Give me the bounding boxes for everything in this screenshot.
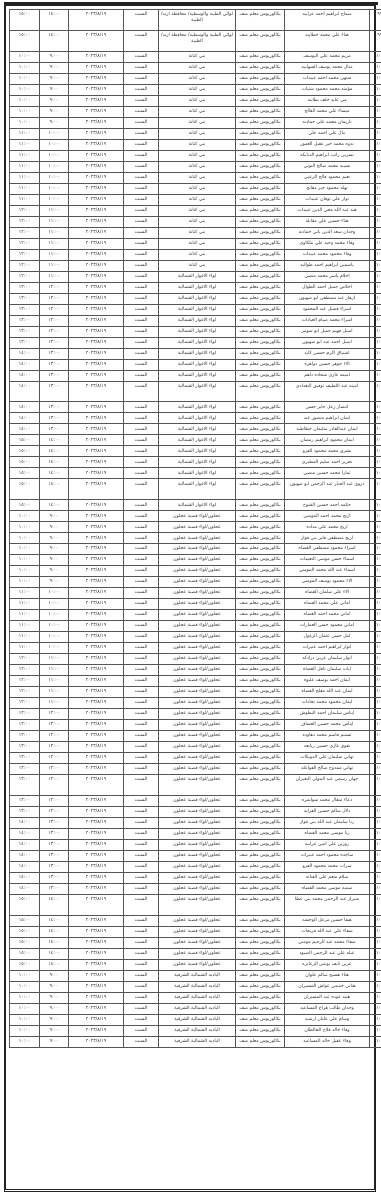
row-number-cell: ١٠٠٩ [370,150,381,161]
row-number-cell: ١٠٢٤ [370,315,381,326]
date-cell: ٢٠٢٣/٨/١٩ [69,555,124,566]
time-to-cell: ١٢:٠٠ [10,654,40,665]
date-cell: ٢٠٢٣/٨/١٩ [69,457,124,468]
specialization-cell: بكالوريوس معلم صف [236,205,285,216]
time-from-cell: ١٣:٠٠ [40,413,69,424]
region-cell: لواء الاغوار الشمالية [159,446,236,457]
region-cell: عجلون/لواء قصبة عجلون [159,720,236,731]
row-number-cell: ١٠٦٩ [370,839,381,850]
date-cell: ٢٠٢٣/٨/١٩ [69,643,124,654]
specialization-cell: بكالوريوس معلم صف [236,446,285,457]
time-to-cell: ١٠:٠٠ [10,1025,40,1036]
time-from-cell: ١٢:٠٠ [40,763,69,774]
day-cell: السبت [124,992,159,1003]
region-cell: عجلون/لواء قصبة عجلون [159,632,236,643]
row-number-cell: ١٠١٢ [370,183,381,194]
day-cell: السبت [124,588,159,599]
date-cell: ٢٠٢٣/٨/١٩ [69,293,124,304]
date-cell: ٢٠٢٣/٨/١٩ [69,304,124,315]
region-cell: لواء الاغوار الشمالية [159,304,236,315]
time-from-cell: ١١:٠٠ [40,654,69,665]
time-to-cell: ١٥:٠٠ [10,926,40,937]
specialization-cell: بكالوريوس معلم صف [236,359,285,370]
day-cell: السبت [124,915,159,926]
time-from-cell: ١٢:٠٠ [40,326,69,337]
table-row: ١٠١٩ياسمين ابراهيم احمد طوالبهبكالوريوس … [10,260,381,271]
row-number-cell: ١٠١١ [370,172,381,183]
time-to-cell: ١٤:٠٠ [10,370,40,381]
day-cell: السبت [124,139,159,150]
specialization-cell: بكالوريوس معلم صف [236,533,285,544]
day-cell: السبت [124,566,159,577]
specialization-cell: بكالوريوس معلم صف [236,795,285,806]
specialization-cell: بكالوريوس معلم صف [236,370,285,381]
time-from-cell: ١١:٠٠ [40,687,69,698]
table-row: ١٠٠٣مؤمنه محمد محمود شتياتبكالوريوس معلم… [10,84,381,95]
date-cell: ٢٠٢٣/٨/١٩ [69,850,124,861]
row-number-cell: ٩٩٩ [370,30,381,51]
time-to-cell: ١٢:٠٠ [10,665,40,676]
time-from-cell: ١٢:٠٠ [40,774,69,795]
row-number-cell: ١٠٥٩ [370,720,381,731]
date-cell: ٢٠٢٣/٨/١٩ [69,205,124,216]
table-row: ١٠٢٠احلام ياسر محمد منصيبكالوريوس معلم ص… [10,271,381,282]
time-to-cell: ١٠:٠٠ [10,992,40,1003]
candidate-name-cell: ايمان محمود محمد نجادات [285,698,370,709]
date-cell: ٢٠٢٣/٨/١٩ [69,446,124,457]
time-to-cell: ١٠:٠٠ [10,1036,40,1047]
table-row: ١٠١٧وفاء محمد وحيد علي ملكاويبكالوريوس م… [10,238,381,249]
specialization-cell: بكالوريوس معلم صف [236,139,285,150]
candidate-name-cell: رنا موسى محمد القضاه [285,828,370,839]
region-cell: لواء الاغوار الشمالية [159,293,236,304]
date-cell: ٢٠٢٣/٨/١٩ [69,1014,124,1025]
specialization-cell: بكالوريوس معلم صف [236,194,285,205]
time-to-cell: ١٠:٠٠ [10,117,40,128]
candidate-name-cell: ايمان ابراهيم منصور عبد [285,413,370,424]
date-cell: ٢٠٢٣/٨/١٩ [69,795,124,806]
row-number-cell: ١٠٤١ [370,522,381,533]
row-number-cell: ١٠١٤ [370,205,381,216]
day-cell: السبت [124,533,159,544]
day-cell: السبت [124,731,159,742]
table-row: ١٠١٠نسيبه محمد صالح النوتيبكالوريوس معلم… [10,161,381,172]
day-cell: السبت [124,183,159,194]
specialization-cell: بكالوريوس معلم صف [236,315,285,326]
table-row: ٩٩٨سماح ابراهيم احمد عرابيهبكالوريوس معل… [10,10,381,31]
time-from-cell: ١٢:٠٠ [40,337,69,348]
specialization-cell: بكالوريوس معلم صف [236,948,285,959]
time-from-cell: ١٣:٠٠ [40,828,69,839]
row-number-cell: ١٠٣١ [370,402,381,413]
region-cell: بني كنانة [159,106,236,117]
table-row: ١٠٦٩روزين علي امين عرابيهبكالوريوس معلم … [10,839,381,850]
day-cell: السبت [124,500,159,511]
date-cell: ٢٠٢٣/٨/١٩ [69,172,124,183]
row-number-cell: ١٠٧١ [370,861,381,872]
row-number-cell: ١٠٨٤ [370,1014,381,1025]
date-cell: ٢٠٢٣/٨/١٩ [69,348,124,359]
date-cell: ٢٠٢٣/٨/١٩ [69,883,124,894]
time-from-cell: ١٢:٠٠ [40,304,69,315]
day-cell: السبت [124,861,159,872]
day-cell: السبت [124,84,159,95]
day-cell: السبت [124,981,159,992]
region-cell: لواء الاغوار الشمالية [159,326,236,337]
table-row: ١٠٥٤ايات سليمان نافل القضاهبكالوريوس معل… [10,665,381,676]
time-from-cell: ١٣:٠٠ [40,348,69,359]
day-cell: السبت [124,194,159,205]
table-row: ١٠٦١تقوى غازي حسين ربابعهبكالوريوس معلم … [10,742,381,753]
region-cell: بني كنانة [159,95,236,106]
day-cell: السبت [124,687,159,698]
specialization-cell: بكالوريوس معلم صف [236,850,285,861]
table-row: ١٠١٤هبه عبد الله محي الدين عبيداتبكالوري… [10,205,381,216]
time-from-cell: ١٤:٠٠ [40,894,69,915]
table-row: ١٠٥٦ايمان عبد الله مفلح القضاهبكالوريوس … [10,687,381,698]
time-from-cell: ٩:٠٠ [40,1036,69,1047]
row-number-cell: ١٠٣٢ [370,413,381,424]
day-cell: السبت [124,632,159,643]
date-cell: ٢٠٢٣/٨/١٩ [69,753,124,764]
region-cell: بني كنانة [159,216,236,227]
region-cell: بني كنانة [159,161,236,172]
date-cell: ٢٠٢٣/٨/١٩ [69,665,124,676]
candidate-name-cell: اريج محمد احمد المومني [285,511,370,522]
row-number-cell: ١٠٥١ [370,632,381,643]
table-row: ١٠٣٤ايمان محمود ابراهيم رمضانبكالوريوس م… [10,435,381,446]
date-cell: ٢٠٢٣/٨/١٩ [69,698,124,709]
time-from-cell: ١٣:٠٠ [40,817,69,828]
specialization-cell: بكالوريوس معلم صف [236,161,285,172]
time-to-cell: ١١:٠٠ [10,172,40,183]
candidate-name-cell: نسيبه محمد صالح النوتي [285,161,370,172]
time-to-cell: ١٢:٠٠ [10,238,40,249]
specialization-cell: بكالوريوس معلم صف [236,227,285,238]
time-to-cell: ١٠:٠٠ [10,970,40,981]
time-from-cell: ١٣:٠٠ [40,370,69,381]
time-from-cell: ١٣:٠٠ [40,861,69,872]
table-row: ١٠٧٥هيفا حسين مرعل الوحشهبكالوريوس معلم … [10,915,381,926]
time-from-cell: ٩:٠٠ [40,84,69,95]
date-cell: ٢٠٢٣/٨/١٩ [69,676,124,687]
region-cell: بني كنانة [159,227,236,238]
row-number-cell: ١٠٢٧ [370,348,381,359]
time-to-cell: ١٤:٠٠ [10,381,40,402]
candidate-name-cell: جهان رسمي عبد المولى البعيران [285,774,370,795]
day-cell: السبت [124,1014,159,1025]
table-row: ١٠٣٥بشرى محمد محمود الفزوبكالوريوس معلم … [10,446,381,457]
region-cell: عجلون/لواء قصبة عجلون [159,926,236,937]
time-from-cell: ٩:٠٠ [40,511,69,522]
row-number-cell: ١٠٤٠ [370,511,381,522]
region-cell: بني كنانة [159,183,236,194]
specialization-cell: بكالوريوس معلم صف [236,763,285,774]
region-cell: لواء الاغوار الشمالية [159,359,236,370]
row-number-cell: ١٠٧٣ [370,883,381,894]
row-number-cell: ١٠١٣ [370,194,381,205]
specialization-cell: بكالوريوس معلم صف [236,643,285,654]
candidate-name-cell: ساجده محمود احمد عنيزات [285,850,370,861]
row-number-cell: ١٠٦٣ [370,763,381,774]
time-to-cell: ١٣:٠٠ [10,795,40,806]
day-cell: السبت [124,106,159,117]
table-body: ٩٩٨سماح ابراهيم احمد عرابيهبكالوريوس معل… [10,10,381,1048]
row-number-cell: ١٠٨٥ [370,1025,381,1036]
row-number-cell: ١٠٢٨ [370,359,381,370]
time-from-cell: ١٠:٠٠ [40,194,69,205]
specialization-cell: بكالوريوس معلم صف [236,970,285,981]
candidate-name-cell: تقوى غازي حسين ربابعه [285,742,370,753]
time-to-cell: ١٥:٠٠ [10,937,40,948]
row-number-cell: ١٠٨١ [370,981,381,992]
date-cell: ٢٠٢٣/٨/١٩ [69,161,124,172]
time-to-cell: ١٤:٠٠ [10,850,40,861]
candidate-name-cell: ناريمان محمد علي حمادنه [285,117,370,128]
time-to-cell: ١٣:٠٠ [10,806,40,817]
table-row: ١٠٦٢تهاني سليمان علي الدويكاتبكالوريوس م… [10,753,381,764]
day-cell: السبت [124,742,159,753]
specialization-cell: بكالوريوس معلم صف [236,839,285,850]
region-cell: بني كنانة [159,62,236,73]
time-to-cell: ١٥:٠٠ [10,479,40,500]
region-cell: الباديه الشمالية الشرقية [159,1036,236,1047]
day-cell: السبت [124,238,159,249]
specialization-cell: بكالوريوس معلم صف [236,216,285,227]
specialization-cell: بكالوريوس معلم صف [236,1036,285,1047]
row-number-cell: ١٠٥٠ [370,621,381,632]
candidate-name-cell: هنيه عوده عيد المسيران [285,992,370,1003]
specialization-cell: بكالوريوس معلم صف [236,282,285,293]
candidate-name-cell: رنا سليمان عبد الله بني فواز [285,817,370,828]
table-row: ١٠٥١امل حسن عثمان الزغولبكالوريوس معلم ص… [10,632,381,643]
row-number-cell: ١٠٥٦ [370,687,381,698]
day-cell: السبت [124,894,159,915]
candidate-name-cell: وفاء محمود محمد عبيدات [285,249,370,260]
table-row: ١٠٤٥اسماء عبد الله محمد المومنيبكالوريوس… [10,566,381,577]
region-cell: عجلون/لواء قصبة عجلون [159,621,236,632]
specialization-cell: بكالوريوس معلم صف [236,544,285,555]
row-number-cell: ١٠٠٨ [370,139,381,150]
time-from-cell: ١٠:٠٠ [40,172,69,183]
table-row: ١٠٢٥اسيل فهيم جميل ابو شومربكالوريوس معل… [10,326,381,337]
date-cell: ٢٠٢٣/٨/١٩ [69,959,124,970]
candidate-name-cell: نعيم محمود فالح الزعبي [285,172,370,183]
date-cell: ٢٠٢٣/٨/١٩ [69,30,124,51]
day-cell: السبت [124,926,159,937]
time-from-cell: ١٤:٠٠ [40,959,69,970]
region-cell: عجلون/لواء قصبة عجلون [159,753,236,764]
time-to-cell: ١٠:٠٠ [10,51,40,62]
region-cell: عجلون/لواء قصبة عجلون [159,533,236,544]
time-from-cell: ٩:٠٠ [40,544,69,555]
time-to-cell: ١٢:٠٠ [10,698,40,709]
time-to-cell: ١٠:٠٠ [10,106,40,117]
table-row: ١٠٦٣تهاني ممدوح صالح الفواعلهبكالوريوس م… [10,763,381,774]
region-cell: عجلون/لواء قصبة عجلون [159,937,236,948]
time-from-cell: ١٠:٠٠ [40,643,69,654]
interview-schedule-table: ٩٩٨سماح ابراهيم احمد عرابيهبكالوريوس معل… [9,9,381,1048]
region-cell: لوائي الطيبة والوسطية/ محافظة اربد/الطيب… [159,10,236,31]
specialization-cell: بكالوريوس معلم صف [236,828,285,839]
region-cell: لواء الاغوار الشمالية [159,315,236,326]
time-from-cell: ١٢:٠٠ [40,282,69,293]
table-row: ١٠٢٢ازهار عبد مصطفى ابو صهيونبكالوريوس م… [10,293,381,304]
date-cell: ٢٠٢٣/٨/١٩ [69,632,124,643]
row-number-cell: ١٠١٦ [370,227,381,238]
date-cell: ٢٠٢٣/٨/١٩ [69,937,124,948]
specialization-cell: بكالوريوس معلم صف [236,883,285,894]
time-from-cell: ١٠:٠٠ [40,139,69,150]
candidate-name-cell: تحرير احمد سليم المطيري [285,457,370,468]
table-row: ١٠٣٧ثمارا محمد حسين منصيبكالوريوس معلم ص… [10,468,381,479]
region-cell: بني كنانة [159,205,236,216]
date-cell: ٢٠٢٣/٨/١٩ [69,610,124,621]
day-cell: السبت [124,698,159,709]
specialization-cell: بكالوريوس معلم صف [236,806,285,817]
time-from-cell: ١٤:٠٠ [40,500,69,511]
time-to-cell: ١٥:٠٠ [10,500,40,511]
candidate-name-cell: نوار علي نوفان عبيدات [285,194,370,205]
region-cell: بني كنانة [159,117,236,128]
time-to-cell: ١٥:٠٠ [10,959,40,970]
row-number-cell: ١٠١٨ [370,249,381,260]
day-cell: السبت [124,304,159,315]
table-row: ١٠٠٦ناريمان محمد علي حمادنهبكالوريوس معل… [10,117,381,128]
row-number-cell: ١٠٤٤ [370,555,381,566]
time-from-cell: ٩:٠٠ [40,522,69,533]
candidate-name-cell: دعاء متقال محمد شواشره [285,795,370,806]
region-cell: الباديه الشمالية الشرقية [159,1025,236,1036]
row-number-cell: ١٠٣٨ [370,479,381,500]
candidate-name-cell: ايناس محمد حسين العساف [285,720,370,731]
time-to-cell: ١١:٠٠ [10,588,40,599]
time-from-cell: ١٠:٠٠ [40,183,69,194]
day-cell: السبت [124,227,159,238]
time-to-cell: ١٥:٠٠ [10,446,40,457]
candidate-name-cell: الاء جوهر حسين دواهره [285,359,370,370]
time-from-cell: ١٣:٠٠ [40,850,69,861]
time-to-cell: ١٤:٠٠ [10,872,40,883]
row-number-cell: ١٠١٠ [370,161,381,172]
row-number-cell: ١٠٠٤ [370,95,381,106]
table-row: ١٠٧٦صفاء علي عبد الله فريحاتبكالوريوس مع… [10,926,381,937]
row-number-cell: ١٠٢٥ [370,326,381,337]
time-to-cell: ١٣:٠٠ [10,326,40,337]
time-to-cell: ١٣:٠٠ [10,709,40,720]
specialization-cell: بكالوريوس معلم صف [236,73,285,84]
region-cell: لواء الاغوار الشمالية [159,424,236,435]
specialization-cell: بكالوريوس معلم صف [236,271,285,282]
table-row: ١٠٣٦تحرير احمد سليم المطيريبكالوريوس معل… [10,457,381,468]
row-number-cell: ١٠٤٣ [370,544,381,555]
time-to-cell: ١٠:٠٠ [10,533,40,544]
candidate-name-cell: ايمان عبدالقادر سليمان خطاطبه [285,424,370,435]
specialization-cell: بكالوريوس معلم صف [236,817,285,828]
day-cell: السبت [124,359,159,370]
time-to-cell: ١٢:٠٠ [10,271,40,282]
day-cell: السبت [124,555,159,566]
region-cell: لواء الاغوار الشمالية [159,282,236,293]
table-row: ١٠٢١اخلاص جميل احمد الطوالبكالوريوس معلم… [10,282,381,293]
row-number-cell: ١٠٧٧ [370,937,381,948]
region-cell: عجلون/لواء قصبة عجلون [159,915,236,926]
day-cell: السبت [124,381,159,402]
time-to-cell: ١٢:٠٠ [10,260,40,271]
time-to-cell: ١٠:٠٠ [10,566,40,577]
table-row: ١٠٤٩اماني محمد احمد القضاهبكالوريوس معلم… [10,610,381,621]
table-row: ١٠٠٩نسرين راتب ابراهيم الدبابكهبكالوريوس… [10,150,381,161]
time-to-cell: ١٥:٠٠ [10,468,40,479]
candidate-name-cell: وجدان طالب هزاع المساعيد [285,1003,370,1014]
time-from-cell: ٩:٠٠ [40,1025,69,1036]
time-from-cell: ١١:٠٠ [40,698,69,709]
table-row: ١٠٢٦اسيل احمد عبد ابو صهيونبكالوريوس معل… [10,337,381,348]
row-number-cell: ١٠٦٨ [370,828,381,839]
date-cell: ٢٠٢٣/٨/١٩ [69,183,124,194]
region-cell: عجلون/لواء قصبة عجلون [159,687,236,698]
date-cell: ٢٠٢٣/٨/١٩ [69,359,124,370]
region-cell: عجلون/لواء قصبة عجلون [159,577,236,588]
region-cell: عجلون/لواء قصبة عجلون [159,828,236,839]
table-row: ١٠٧٧صفاء محمد عبد الرحيم مومنيبكالوريوس … [10,937,381,948]
time-from-cell: ١١:٠٠ [40,238,69,249]
candidate-name-cell: منتهى محمد احمد عبيدات [285,73,370,84]
region-cell: لواء الاغوار الشمالية [159,500,236,511]
candidate-name-cell: ذروى عبد الجبار عبد الرحمن ابو صهيون [285,479,370,500]
date-cell: ٢٠٢٣/٨/١٩ [69,249,124,260]
time-to-cell: ١٤:٠٠ [10,359,40,370]
date-cell: ٢٠٢٣/٨/١٩ [69,839,124,850]
specialization-cell: بكالوريوس معلم صف [236,435,285,446]
table-row: ١٠٢٨الاء جوهر حسين دواهرهبكالوريوس معلم … [10,359,381,370]
specialization-cell: بكالوريوس معلم صف [236,577,285,588]
table-row: ١٠٢٣اسراء فضيل عبد المحمودبكالوريوس معلم… [10,304,381,315]
table-row: ١٠٥٨ايناس سليمان احمد البطوشبكالوريوس مع… [10,709,381,720]
table-row: ١٠٣٣ايمان عبدالقادر سليمان خطاطبهبكالوري… [10,424,381,435]
time-from-cell: ١٤:٠٠ [40,468,69,479]
row-number-cell: ١٠٣٠ [370,381,381,402]
candidate-name-cell: ازهار عبد مصطفى ابو صهيون [285,293,370,304]
specialization-cell: بكالوريوس معلم صف [236,698,285,709]
region-cell: عجلون/لواء قصبة عجلون [159,643,236,654]
time-from-cell: ١٤:٠٠ [40,457,69,468]
time-to-cell: ١٢:٠٠ [10,249,40,260]
time-from-cell: ١٣:٠٠ [40,883,69,894]
time-to-cell: ١١:٠٠ [10,150,40,161]
candidate-name-cell: نبال علي احمد علي [285,128,370,139]
row-number-cell: ٩٩٨ [370,10,381,31]
date-cell: ٢٠٢٣/٨/١٩ [69,588,124,599]
day-cell: السبت [124,293,159,304]
table-row: ١٠٧٤شيراز عبد الرحمن محمد بني عطابكالوري… [10,894,381,915]
date-cell: ٢٠٢٣/٨/١٩ [69,774,124,795]
time-from-cell: ١٢:٠٠ [40,293,69,304]
region-cell: عجلون/لواء قصبة عجلون [159,850,236,861]
day-cell: السبت [124,621,159,632]
row-number-cell: ١٠٢٣ [370,304,381,315]
specialization-cell: بكالوريوس معلم صف [236,95,285,106]
date-cell: ٢٠٢٣/٨/١٩ [69,479,124,500]
candidate-name-cell: امل حسن عثمان الزغول [285,632,370,643]
table-row: ١٠٠٨ندوه محمد خير عقيل العموربكالوريوس م… [10,139,381,150]
day-cell: السبت [124,424,159,435]
candidate-name-cell: انوار سليمان عربي درادكه [285,654,370,665]
candidate-name-cell: انتصار زعل جابر حسن [285,402,370,413]
time-to-cell: ١١:٠٠ [10,194,40,205]
time-from-cell: ١٣:٠٠ [40,872,69,883]
date-cell: ٢٠٢٣/٨/١٩ [69,828,124,839]
